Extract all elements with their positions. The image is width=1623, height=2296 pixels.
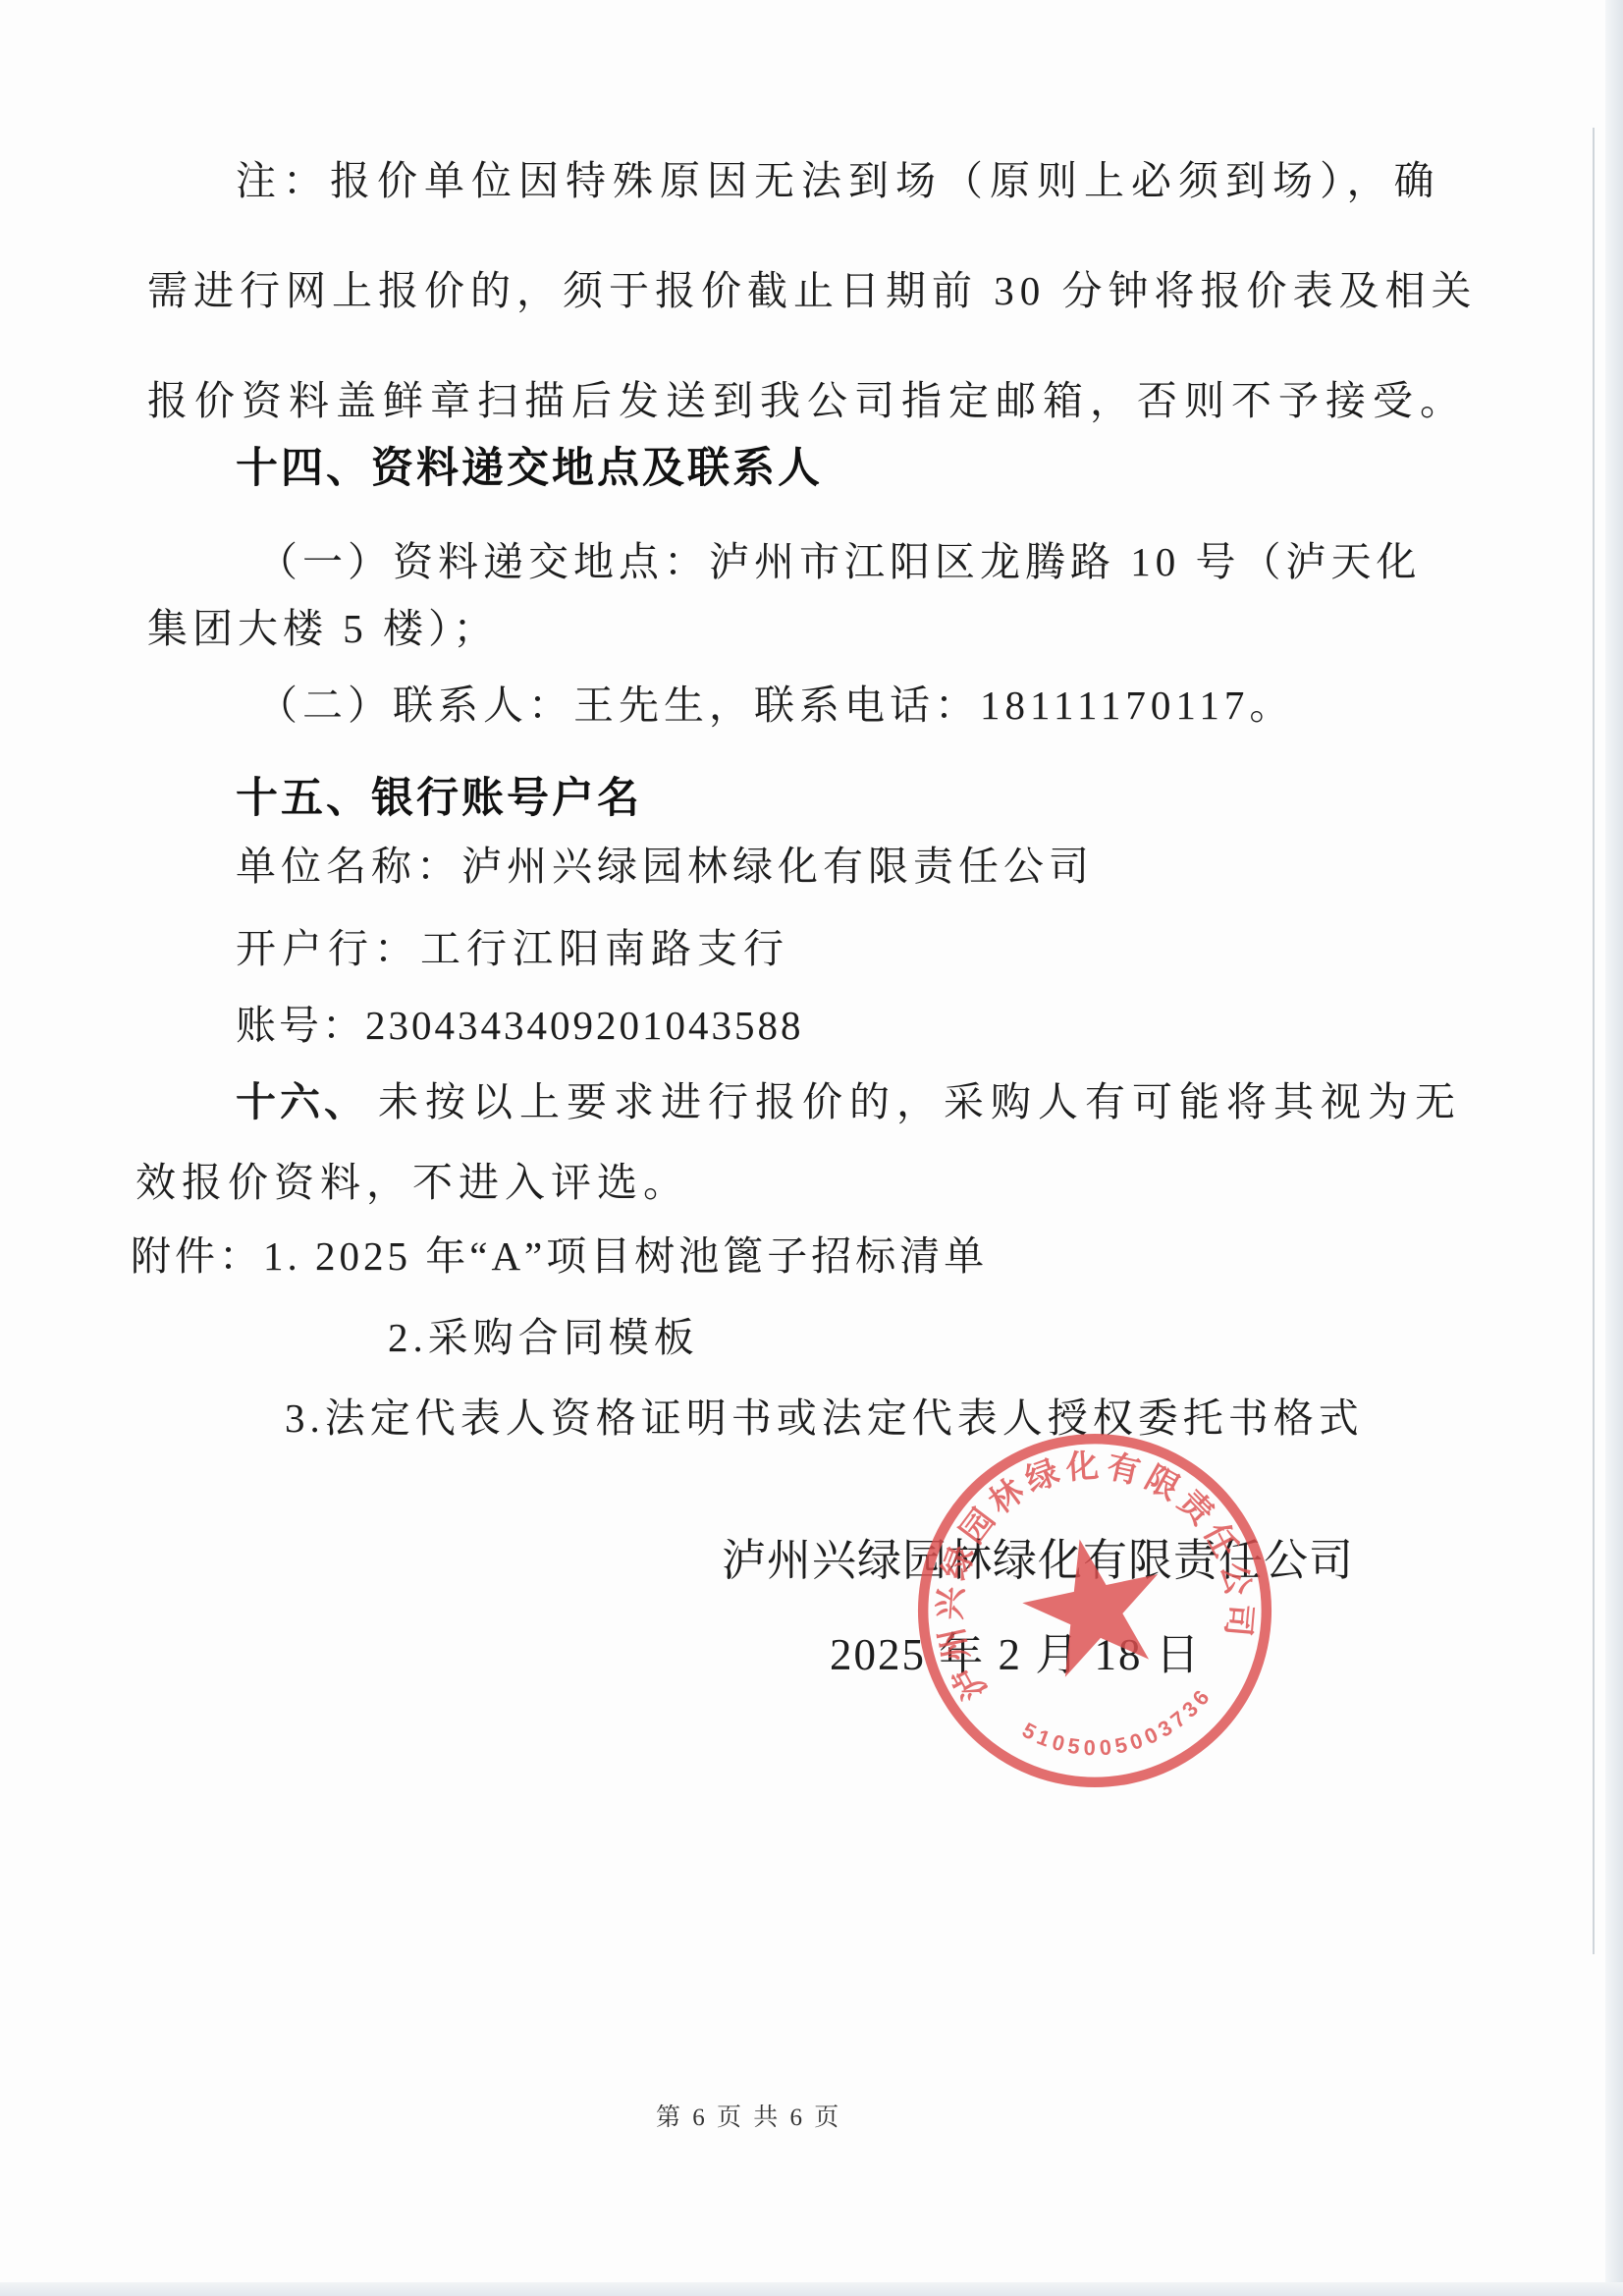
section-14-heading: 十四、资料递交地点及联系人 — [236, 444, 823, 495]
signature-company-name: 泸州兴绿园林绿化有限责任公司 — [722, 1534, 1354, 1587]
section-16-number: 十六、 — [236, 1079, 368, 1124]
seal-number-text: 5105005003736 — [1014, 1678, 1225, 1777]
section-16-line2: 效报价资料，不进入评选。 — [135, 1159, 689, 1207]
attachment-line-2: 2.采购合同模板 — [388, 1314, 699, 1362]
scan-right-edge-shadow — [1605, 0, 1623, 2296]
section-14-item2: （二）联系人：王先生，联系电话：18111170117。 — [257, 682, 1294, 730]
company-seal-stamp: 泸州兴绿园林绿化有限责任公司 5105005003736 — [874, 1390, 1317, 1832]
note-line-3: 报价资料盖鲜章扫描后发送到我公司指定邮箱，否则不予接受。 — [147, 377, 1467, 425]
attachment-line-3: 3.法定代表人资格证明书或法定代表人授权委托书格式 — [285, 1394, 1364, 1443]
section-14-item1-line2: 集团大楼 5 楼）； — [147, 605, 499, 653]
bank-branch-line: 开户行：工行江阳南路支行 — [236, 925, 789, 973]
note-line-1: 注：报价单位因特殊原因无法到场（原则上必须到场），确 — [236, 157, 1441, 205]
bank-company-name-line: 单位名称：泸州兴绿园林绿化有限责任公司 — [236, 843, 1094, 891]
seal-ring — [892, 1407, 1299, 1815]
bank-account-line: 账号：2304343409201043588 — [236, 1002, 804, 1050]
note-line-2: 需进行网上报价的，须于报价截止日期前 30 分钟将报价表及相关 — [147, 267, 1478, 315]
scan-page-edge-line — [1593, 128, 1595, 1954]
footer-page-number: 第 6 页 共 6 页 — [656, 2104, 841, 2133]
section-15-heading: 十五、银行账号户名 — [236, 774, 642, 825]
attachment-line-1: 附件：1. 2025 年“A”项目树池篦子招标清单 — [131, 1232, 988, 1281]
section-16-line1-text: 未按以上要求进行报价的，采购人有可能将其视为无 — [378, 1079, 1462, 1124]
signature-date: 2025 年 2 月 18 日 — [830, 1628, 1202, 1681]
scanned-document-page: 注：报价单位因特殊原因无法到场（原则上必须到场），确 需进行网上报价的，须于报价… — [0, 0, 1623, 2296]
section-16-line1: 十六、未按以上要求进行报价的，采购人有可能将其视为无 — [236, 1078, 1462, 1126]
section-14-item1-line1: （一）资料递交地点：泸州市江阳区龙腾路 10 号（泸天化 — [257, 538, 1422, 586]
scan-bottom-edge-shadow — [0, 2282, 1623, 2296]
